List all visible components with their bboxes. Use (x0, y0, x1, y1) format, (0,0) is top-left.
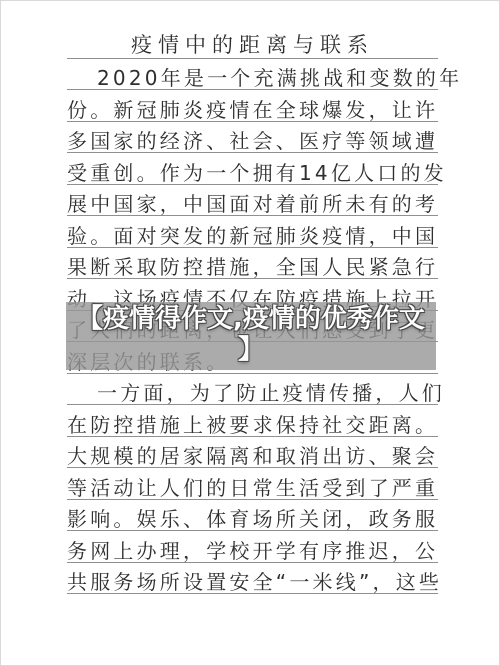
essay-line: 份。新冠肺炎疫情在全球爆发，让许 (67, 90, 438, 122)
essay-title: 疫情中的距离与联系 (67, 27, 438, 59)
watermark-text-line2: 】 (238, 335, 264, 366)
essay-line: 在防控措施上被要求保持社交距离。 (67, 405, 438, 437)
essay-line: 受重创。作为一个拥有14亿人口的发 (67, 153, 438, 185)
essay-line: 一方面，为了防止疫情传播，人们 (67, 374, 438, 406)
essay-line: 2020年是一个充满挑战和变数的年 (67, 59, 438, 91)
watermark-text-line1: 【疫情得作文,疫情的优秀作文 (77, 304, 425, 335)
essay-line: 共服务场所设置安全“一米线”，这些 (67, 563, 438, 595)
essay-line: 影响。娱乐、体育场所关闭，政务服 (67, 500, 438, 532)
essay-line: 务网上办理，学校开学有序推迟，公 (67, 531, 438, 563)
essay-line: 多国家的经济、社会、医疗等领域遭 (67, 122, 438, 154)
essay-line: 大规模的居家隔离和取消出访、聚会 (67, 437, 438, 469)
essay-line: 展中国家，中国面对着前所未有的考 (67, 185, 438, 217)
essay-line: 等活动让人们的日常生活受到了严重 (67, 468, 438, 500)
essay-line: 果断采取防控措施，全国人民紧急行 (67, 248, 438, 280)
scanned-essay-page: 疫情中的距离与联系 2020年是一个充满挑战和变数的年 份。新冠肺炎疫情在全球爆… (0, 0, 500, 666)
essay-line: 验。面对突发的新冠肺炎疫情，中国 (67, 216, 438, 248)
watermark-overlay: 【疫情得作文,疫情的优秀作文 】 (66, 302, 436, 370)
